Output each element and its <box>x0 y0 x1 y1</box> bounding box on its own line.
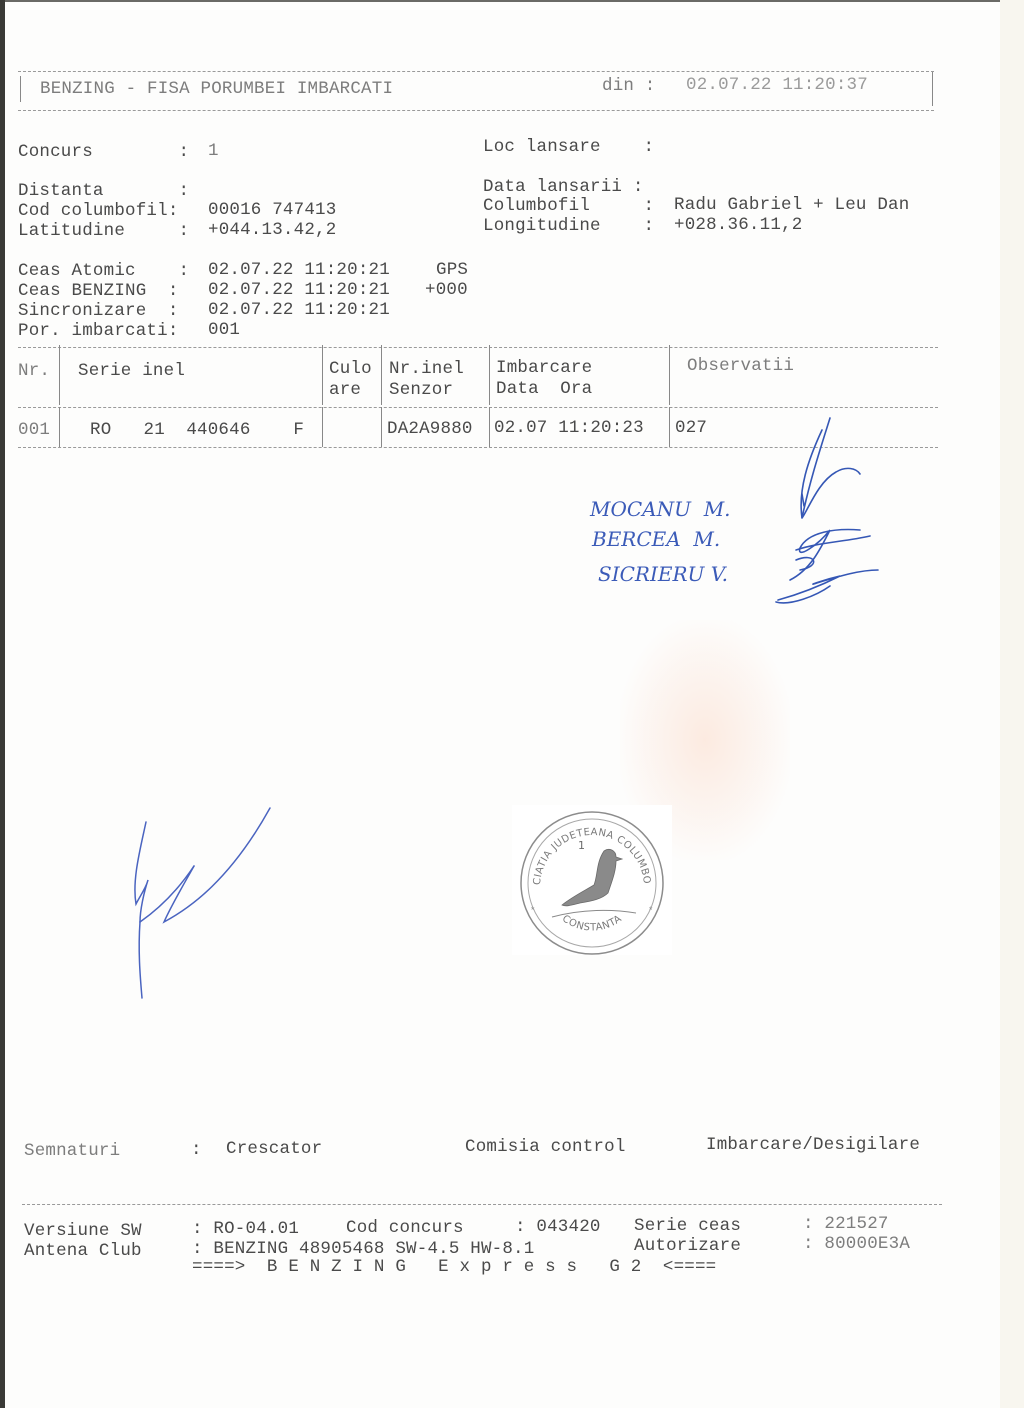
col-nr-inel-header-2: Senzor <box>389 380 453 400</box>
col-imbarcare-header-2: Data Ora <box>496 379 592 399</box>
print-date-value: 02.07.22 11:20:37 <box>686 75 868 95</box>
col-culoare-header-1: Culo <box>329 359 372 379</box>
cod-columbofil-value: 00016 747413 <box>208 200 336 220</box>
pigeon-stamp-icon: ASOCIATIA JUDETEANA COLUMBOFILA CONSTANT… <box>512 805 672 955</box>
cod-columbofil-label: Cod columbofil: <box>18 201 179 221</box>
longitudine-label: Longitudine : <box>483 216 654 236</box>
document-title: BENZING - FISA PORUMBEI IMBARCATI <box>40 79 393 99</box>
ceas-atomic-value: 02.07.22 11:20:21 <box>208 260 390 280</box>
antena-club-label: Antena Club <box>24 1241 142 1261</box>
commission-signatures <box>760 410 890 610</box>
serie-ceas-value: : 221527 <box>803 1214 889 1234</box>
footer-divider <box>22 1204 942 1205</box>
autorizare-label: Autorizare <box>634 1236 741 1256</box>
cod-concurs-value: : 043420 <box>515 1217 601 1237</box>
col-nr-header: Nr. <box>18 361 50 381</box>
versiune-sw-label: Versiune SW <box>24 1221 142 1241</box>
sincronizare-value: 02.07.22 11:20:21 <box>208 300 390 320</box>
ceas-atomic-suffix: GPS <box>436 260 468 280</box>
print-date-label: din : <box>602 76 656 96</box>
col-serie-inel-header: Serie inel <box>78 361 185 381</box>
versiune-sw-value: : RO-04.01 <box>192 1219 299 1239</box>
serie-ceas-label: Serie ceas <box>634 1216 741 1236</box>
longitudine-value: +028.36.11,2 <box>674 215 802 235</box>
sincronizare-label: Sincronizare : <box>18 301 179 321</box>
por-imbarcati-label: Por. imbarcati: <box>18 321 179 341</box>
svg-text:1: 1 <box>578 839 585 852</box>
row-serie-inel: RO 21 440646 F <box>90 420 304 440</box>
ceas-benzing-label: Ceas BENZING : <box>18 281 179 301</box>
col-imbarcare-header-1: Imbarcare <box>496 358 592 378</box>
semnaturi-colon: : <box>191 1140 202 1160</box>
por-imbarcati-value: 001 <box>208 320 240 340</box>
svg-text:*: * <box>648 906 653 916</box>
commission-name-1: MOCANU M. <box>590 497 731 521</box>
concurs-value: 1 <box>208 141 219 161</box>
ceas-atomic-label: Ceas Atomic : <box>18 261 189 281</box>
imbarcare-desigilare-label: Imbarcare/Desigilare <box>706 1135 920 1155</box>
svg-text:CONSTANTA: CONSTANTA <box>560 913 624 933</box>
scan-edge-left <box>0 0 5 1408</box>
scan-edge-right <box>1000 0 1024 1408</box>
row-nr: 001 <box>18 420 50 440</box>
loc-lansare-label: Loc lansare : <box>483 137 654 157</box>
autorizare-value: : 80000E3A <box>803 1234 910 1254</box>
col-nr-inel-header-1: Nr.inel <box>389 359 464 379</box>
semnaturi-label: Semnaturi <box>24 1141 120 1161</box>
concurs-label: Concurs : <box>18 142 189 162</box>
latitudine-label: Latitudine : <box>18 221 189 241</box>
club-stamp: ASOCIATIA JUDETEANA COLUMBOFILA CONSTANT… <box>512 805 672 955</box>
distanta-label: Distanta : <box>18 181 189 201</box>
brand-line: ====> B E N Z I N G E x p r e s s G 2 <=… <box>192 1257 716 1277</box>
latitudine-value: +044.13.42,2 <box>208 220 336 240</box>
columbofil-value: Radu Gabriel + Leu Dan <box>674 195 909 215</box>
comisia-control-label: Comisia control <box>465 1137 626 1157</box>
row-imbarcare: 02.07 11:20:23 <box>494 418 644 438</box>
crescator-label: Crescator <box>226 1139 322 1159</box>
svg-text:*: * <box>530 906 535 916</box>
columbofil-label: Columbofil : <box>483 196 654 216</box>
row-observatii: 027 <box>675 418 707 438</box>
ceas-benzing-suffix: +000 <box>425 280 468 300</box>
col-observatii-header: Observatii <box>687 356 794 376</box>
cod-concurs-label: Cod concurs <box>346 1218 464 1238</box>
antena-club-value: : BENZING 48905468 SW-4.5 HW-8.1 <box>192 1239 534 1259</box>
crescator-signature <box>110 800 280 1010</box>
commission-name-3: SICRIERU V. <box>598 562 728 586</box>
ceas-benzing-value: 02.07.22 11:20:21 <box>208 280 390 300</box>
row-senzor: DA2A9880 <box>387 419 473 439</box>
col-culoare-header-2: are <box>329 380 361 400</box>
commission-name-2: BERCEA M. <box>592 527 720 551</box>
data-lansarii-label: Data lansarii : <box>483 177 644 197</box>
scan-edge-top <box>0 0 1024 2</box>
